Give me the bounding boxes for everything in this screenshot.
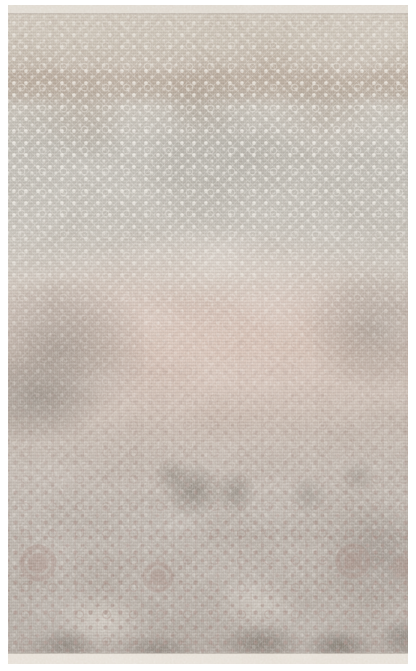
rug-fine-grain-texture	[8, 5, 408, 664]
page-background: { "image": { "type": "product-photo", "s…	[0, 0, 416, 671]
rug-photo	[8, 5, 408, 664]
